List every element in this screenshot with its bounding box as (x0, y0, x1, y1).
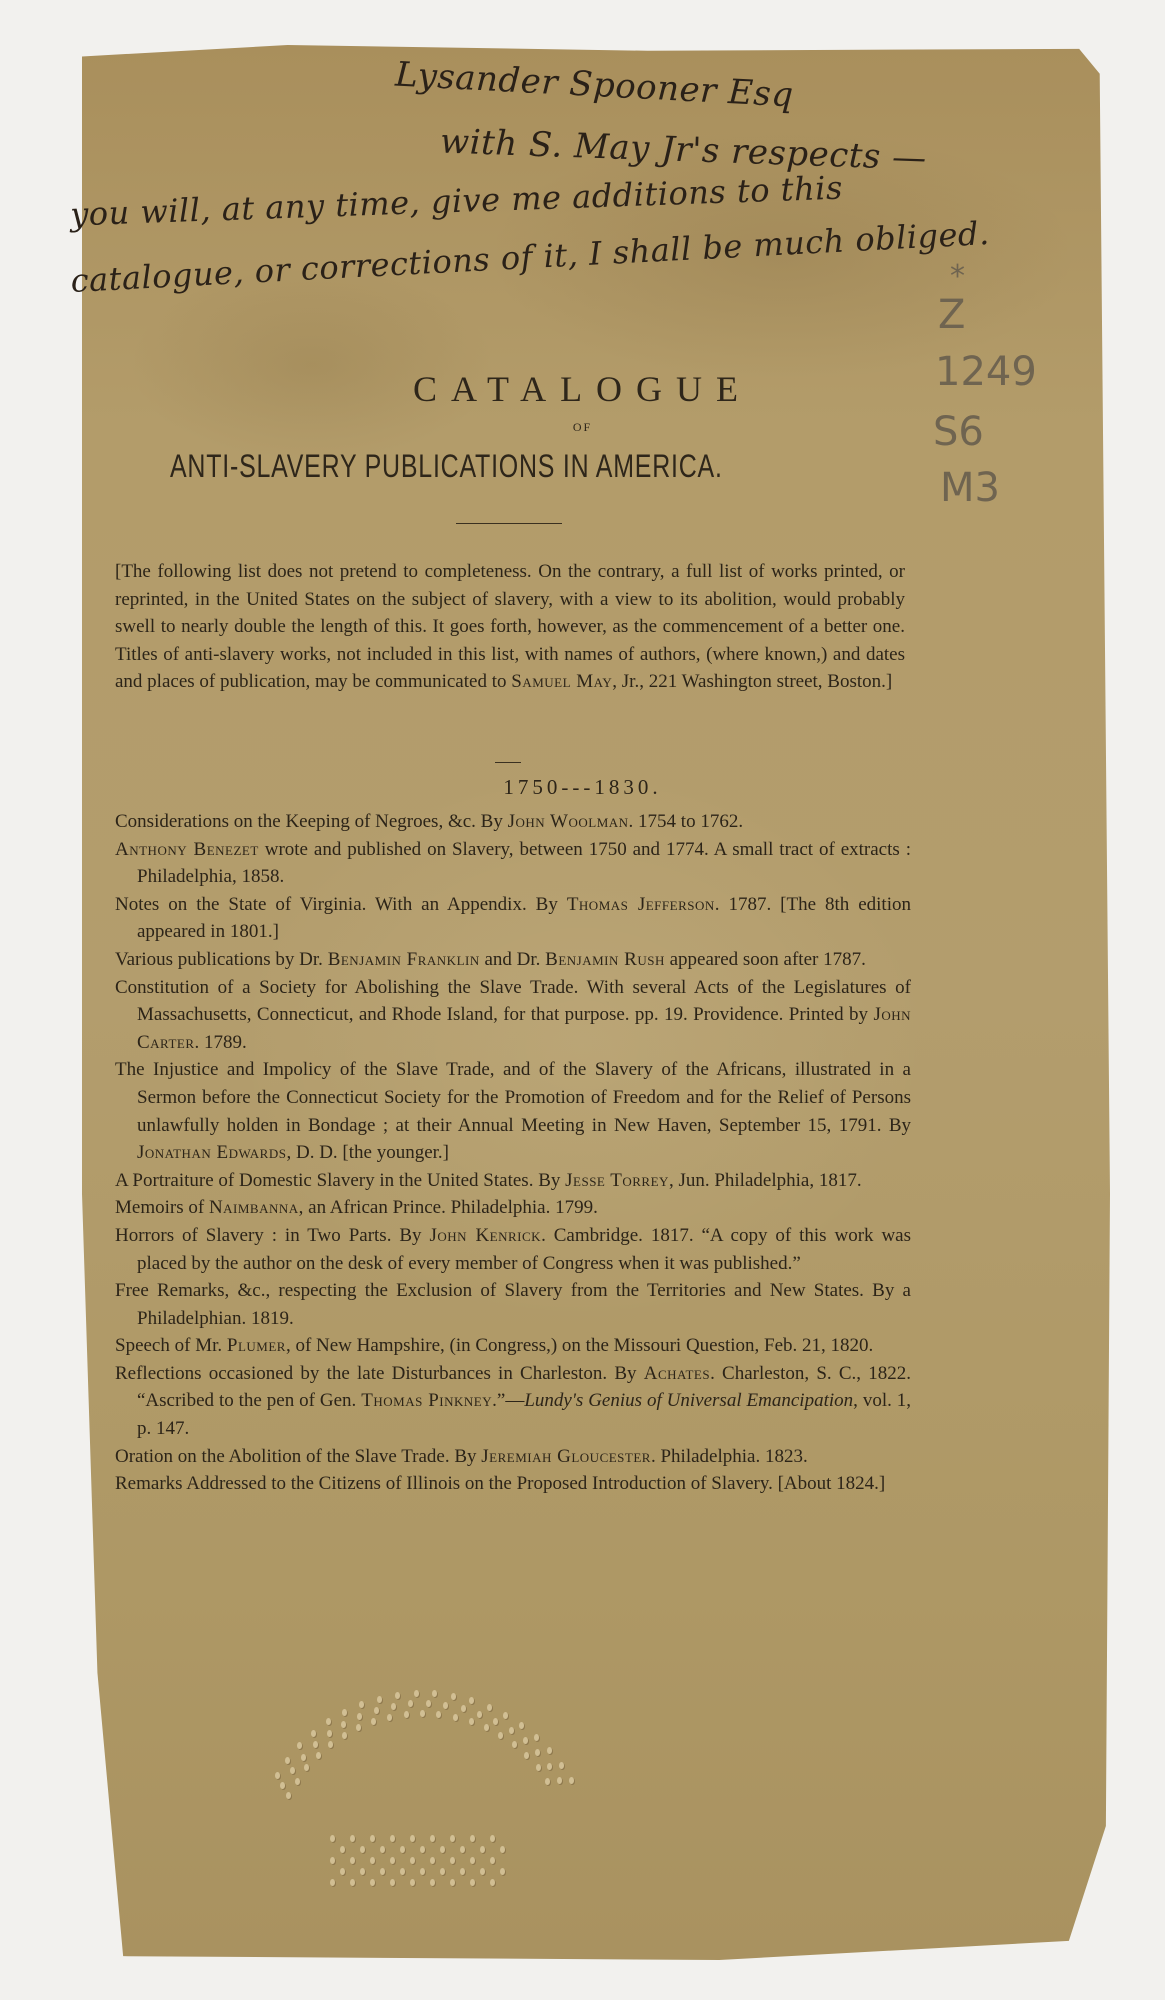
list-item: Speech of Mr. Plumer, of New Hampshire, … (115, 1332, 911, 1360)
contact-name: Samuel May (511, 671, 612, 692)
list-item: A Portraiture of Domestic Slavery in the… (115, 1167, 911, 1195)
pencil-callnumber-cutter2: M3 (940, 468, 1000, 508)
list-item: Free Remarks, &c., respecting the Exclus… (115, 1277, 911, 1332)
publication-list: Considerations on the Keeping of Negroes… (115, 808, 911, 1498)
list-item: Oration on the Abolition of the Slave Tr… (115, 1443, 911, 1471)
list-item: Constitution of a Society for Abolishing… (115, 974, 911, 1057)
title-connector: OF (0, 420, 1165, 435)
list-item: Reflections occasioned by the late Distu… (115, 1360, 911, 1443)
list-item: Anthony Benezet wrote and published on S… (115, 836, 911, 891)
title-divider (456, 523, 562, 524)
list-item: Remarks Addressed to the Citizens of Ill… (115, 1470, 911, 1498)
list-item: Various publications by Dr. Benjamin Fra… (115, 946, 911, 974)
perforated-library-stamp (230, 1690, 610, 1890)
pencil-callnumber-class: Z (938, 295, 965, 335)
list-item: The Injustice and Impolicy of the Slave … (115, 1056, 911, 1166)
document-title: CATALOGUE (0, 368, 1165, 410)
pencil-asterisk-mark: * (950, 262, 965, 292)
intro-paragraph: [The following list does not pretend to … (115, 558, 905, 696)
intro-address: , Jr., 221 Washington street, Boston.] (612, 671, 892, 692)
list-item: Horrors of Slavery : in Two Parts. By Jo… (115, 1222, 911, 1277)
section-divider (495, 762, 521, 763)
period-heading: 1750---1830. (0, 775, 1165, 800)
list-item: Notes on the State of Virginia. With an … (115, 891, 911, 946)
list-item: Considerations on the Keeping of Negroes… (115, 808, 911, 836)
list-item: Memoirs of Naimbanna, an African Prince.… (115, 1194, 911, 1222)
document-subtitle: ANTI-SLAVERY PUBLICATIONS IN AMERICA. (170, 448, 716, 485)
